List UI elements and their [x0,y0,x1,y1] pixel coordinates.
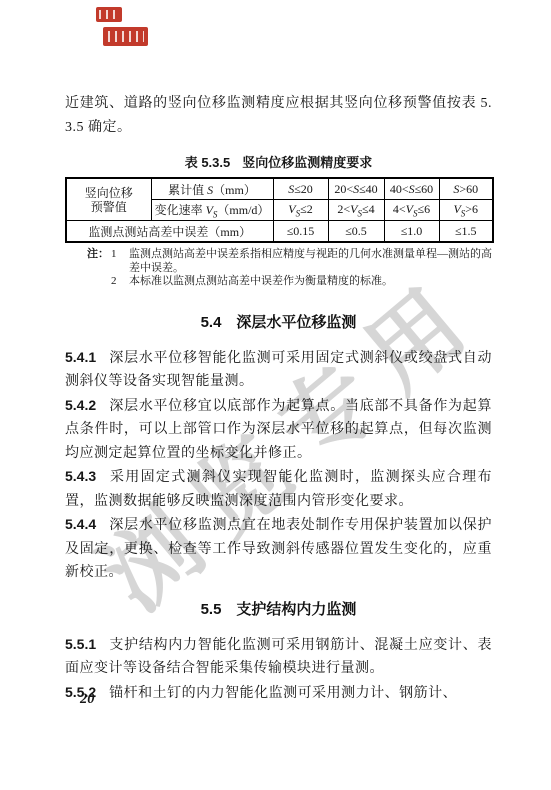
section-heading-5-5: 5.5支护结构内力监测 [65,599,492,621]
table-cell-row-label: 监测点测站高差中误差（mm） [66,221,273,243]
section-heading-5-4: 5.4深层水平位移监测 [65,312,492,334]
clause-number: 5.4.4 [65,516,96,532]
section-number: 5.5 [201,601,222,618]
red-seal-stamp-icon [103,27,148,46]
red-seal-stamp-icon [96,7,122,22]
table-cell-value: 2<VS≤4 [328,200,384,221]
note-label: 注： [87,248,111,275]
note-text: 监测点测站高差中误差系指相应精度与视距的几何水准测量单程—测站的高差中误差。 [129,248,492,275]
note-item: 2 本标准以监测点测站高差中误差作为衡量精度的标准。 [65,275,492,289]
document-page: 浏览专用 近建筑、道路的竖向位移监测精度应根据其竖向位移预警值按表 5.3.5 … [0,0,551,790]
clause-5-4-4: 5.4.4深层水平位移监测点宜在地表处制作专用保护装置加以保护及固定，更换、检查… [65,513,492,585]
section-title: 支护结构内力监测 [236,601,356,618]
clause-5-5-1: 5.5.1支护结构内力智能化监测可采用钢筋计、混凝土应变计、表面应变计等设备结合… [65,633,492,681]
clause-5-5-2: 5.5.2锚杆和土钉的内力智能化监测可采用测力计、钢筋计、 [65,681,492,706]
section-number: 5.4 [201,314,222,331]
table-cell-value: VS>6 [439,200,493,221]
clause-text: 深层水平位移智能化监测可采用固定式测斜仪或绞盘式自动测斜仪等设备实现智能量测。 [65,351,492,390]
table-cell-group-label: 竖向位移预警值 [66,178,151,221]
clause-text: 深层水平位移宜以底部作为起算点。当底部不具备作为起算点条件时，可以上部管口作为深… [65,399,492,461]
clause-5-4-3: 5.4.3采用固定式测斜仪实现智能化监测时，监测探头应合理布置，监测数据能够反映… [65,465,492,513]
table-cell-value: 4<VS≤6 [384,200,439,221]
table-cell-value: S≤20 [273,178,328,200]
clause-text: 深层水平位移监测点宜在地表处制作专用保护装置加以保护及固定，更换、检查等工作导致… [65,518,492,580]
page-content: 近建筑、道路的竖向位移监测精度应根据其竖向位移预警值按表 5.3.5 确定。 表… [65,0,492,705]
clause-number: 5.4.2 [65,397,96,413]
table-notes: 注： 1 监测点测站高差中误差系指相应精度与视距的几何水准测量单程—测站的高差中… [65,248,492,289]
clause-5-4-2: 5.4.2深层水平位移宜以底部作为起算点。当底部不具备作为起算点条件时，可以上部… [65,394,492,466]
table-caption-number: 表 5.3.5 [185,155,231,170]
clause-number: 5.4.3 [65,468,96,484]
note-label [87,275,111,289]
table-cell-row-label: 累计值 S（mm） [151,178,273,200]
table-cell-value: ≤1.0 [384,221,439,243]
note-number: 2 [111,275,129,289]
clause-text: 锚杆和土钉的内力智能化监测可采用测力计、钢筋计、 [109,686,457,701]
precision-requirements-table: 竖向位移预警值 累计值 S（mm） S≤20 20<S≤40 40<S≤60 S… [65,177,494,243]
page-number: 20 [80,691,95,708]
table-caption: 表 5.3.5竖向位移监测精度要求 [65,154,492,172]
note-number: 1 [111,248,129,275]
clause-text: 支护结构内力智能化监测可采用钢筋计、混凝土应变计、表面应变计等设备结合智能采集传… [65,638,492,677]
table-cell-row-label: 变化速率 VS（mm/d） [151,200,273,221]
clause-number: 5.4.1 [65,349,96,365]
section-title: 深层水平位移监测 [236,314,356,331]
table-row: 竖向位移预警值 累计值 S（mm） S≤20 20<S≤40 40<S≤60 S… [66,178,493,200]
table-cell-value: ≤1.5 [439,221,493,243]
table-cell-value: ≤0.15 [273,221,328,243]
table-row: 监测点测站高差中误差（mm） ≤0.15 ≤0.5 ≤1.0 ≤1.5 [66,221,493,243]
table-cell-value: ≤0.5 [328,221,384,243]
clause-number: 5.5.1 [65,636,96,652]
table-caption-title: 竖向位移监测精度要求 [242,155,372,170]
note-text: 本标准以监测点测站高差中误差作为衡量精度的标准。 [129,275,492,289]
clause-5-4-1: 5.4.1深层水平位移智能化监测可采用固定式测斜仪或绞盘式自动测斜仪等设备实现智… [65,346,492,394]
table-cell-value: S>60 [439,178,493,200]
table-cell-value: 40<S≤60 [384,178,439,200]
intro-paragraph: 近建筑、道路的竖向位移监测精度应根据其竖向位移预警值按表 5.3.5 确定。 [65,92,492,139]
table-cell-value: VS≤2 [273,200,328,221]
table-cell-value: 20<S≤40 [328,178,384,200]
clause-text: 采用固定式测斜仪实现智能化监测时，监测探头应合理布置，监测数据能够反映监测深度范… [65,470,492,509]
note-item: 注： 1 监测点测站高差中误差系指相应精度与视距的几何水准测量单程—测站的高差中… [65,248,492,275]
